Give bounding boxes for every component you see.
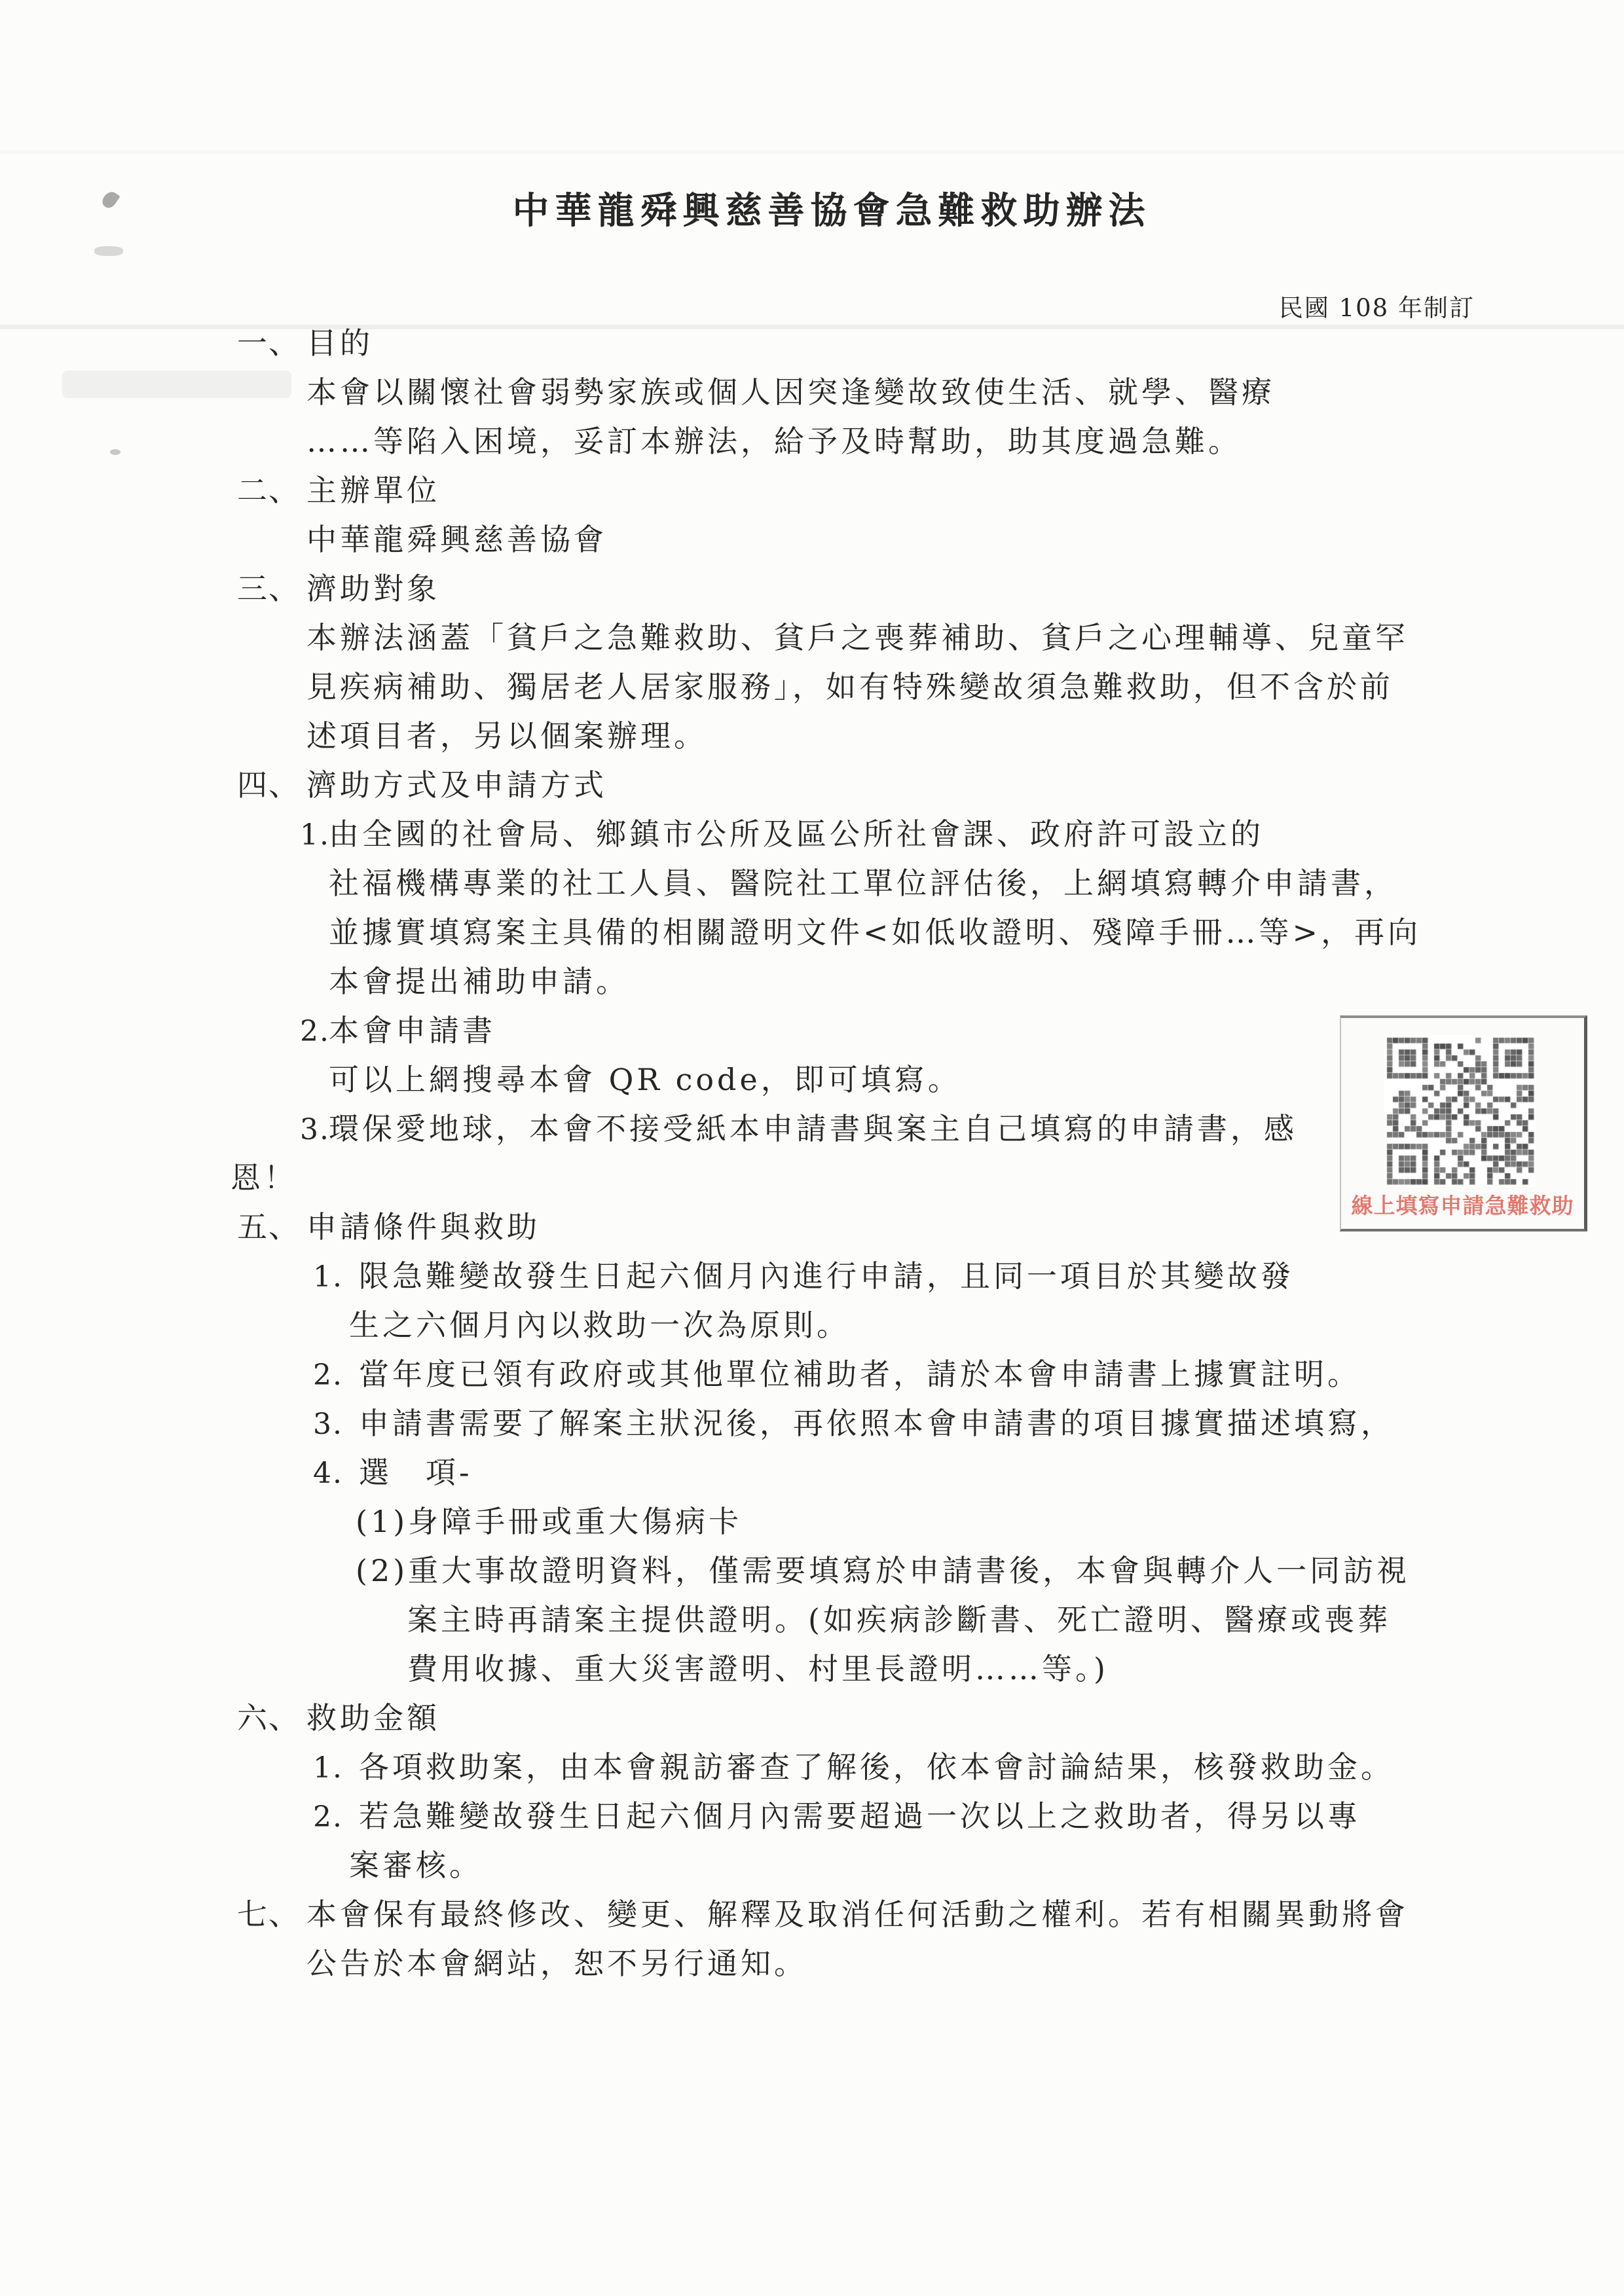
line-text: 社福機構專業的社工人員、醫院社工單位評估後，上網填寫轉介申請書， bbox=[329, 866, 1397, 901]
line-text: 救助金額 bbox=[306, 1700, 440, 1736]
doc-line: 4.選 項- bbox=[313, 1448, 1624, 1497]
line-marker: 一、 bbox=[237, 319, 306, 368]
doc-line: 2.若急難變故發生日起六個月內需要超過一次以上之救助者，得另以專 bbox=[313, 1792, 1624, 1841]
doc-line: 費用收據、重大災害證明、村里長證明……等。) bbox=[407, 1645, 1624, 1694]
line-marker: 七、 bbox=[237, 1890, 306, 1939]
enactment-date: 民國 108 年制訂 bbox=[1279, 288, 1475, 323]
smudge-mark bbox=[94, 246, 123, 256]
qr-sticker: 線上填寫申請急難救助 bbox=[1340, 1015, 1587, 1231]
line-text: 若急難變故發生日起六個月內需要超過一次以上之救助者，得另以專 bbox=[359, 1798, 1361, 1834]
doc-line: 七、本會保有最終修改、變更、解釋及取消任何活動之權利。若有相關異動將會 bbox=[237, 1890, 1624, 1939]
line-text: 公告於本會網站，恕不另行通知。 bbox=[306, 1946, 807, 1981]
line-text: 各項救助案，由本會親訪審查了解後，依本會討論結果，核發救助金。 bbox=[359, 1749, 1394, 1785]
line-text: 主辦單位 bbox=[306, 473, 440, 508]
document-page: 中華龍舜興慈善協會急難救助辦法 民國 108 年制訂 一、目的本會以關懷社會弱勢… bbox=[0, 0, 1624, 2296]
line-text: 見疾病補助、獨居老人居家服務」，如有特殊變故須急難救助，但不含於前 bbox=[306, 669, 1393, 704]
line-marker: 六、 bbox=[237, 1694, 306, 1743]
doc-line: ……等陷入困境，妥訂本辦法，給予及時幫助，助其度過急難。 bbox=[306, 417, 1624, 466]
line-text: 限急難變故發生日起六個月內進行申請，且同一項目於其變故發 bbox=[359, 1258, 1294, 1294]
line-text: 案主時再請案主提供證明。(如疾病診斷書、死亡證明、醫療或喪葬 bbox=[407, 1602, 1391, 1637]
doc-line: 見疾病補助、獨居老人居家服務」，如有特殊變故須急難救助，但不含於前 bbox=[306, 663, 1624, 712]
doc-line: 並據實填寫案主具備的相關證明文件<如低收證明、殘障手冊…等>，再向 bbox=[329, 908, 1624, 957]
line-text: 濟助對象 bbox=[306, 571, 440, 606]
line-text: 申請條件與救助 bbox=[306, 1209, 540, 1245]
line-text: 申請書需要了解案主狀況後，再依照本會申請書的項目據實描述填寫， bbox=[359, 1406, 1394, 1441]
doc-line: 社福機構專業的社工人員、醫院社工單位評估後，上網填寫轉介申請書， bbox=[329, 859, 1624, 908]
line-marker: 2. bbox=[313, 1793, 359, 1842]
doc-line: 3.申請書需要了解案主狀況後，再依照本會申請書的項目據實描述填寫， bbox=[313, 1399, 1624, 1448]
line-marker: 2. bbox=[300, 1007, 329, 1056]
line-text: 本會提出補助申請。 bbox=[329, 964, 629, 999]
doc-line: 三、濟助對象 bbox=[237, 564, 1624, 613]
line-marker: 1. bbox=[313, 1743, 359, 1793]
line-text: 選 項- bbox=[359, 1455, 473, 1490]
doc-line: 六、救助金額 bbox=[237, 1694, 1624, 1743]
line-text: 濟助方式及申請方式 bbox=[306, 767, 607, 803]
line-text: 目的 bbox=[306, 325, 373, 361]
line-marker: 2. bbox=[313, 1351, 359, 1400]
line-text: 本辦法涵蓋「貧戶之急難救助、貧戶之喪葬補助、貧戶之心理輔導、兒童罕 bbox=[306, 620, 1409, 655]
doc-line: 二、主辦單位 bbox=[237, 466, 1624, 515]
doc-line: 中華龍舜興慈善協會 bbox=[306, 515, 1624, 564]
doc-line: 案審核。 bbox=[349, 1841, 1624, 1890]
line-text: 案審核。 bbox=[349, 1848, 483, 1883]
line-marker: 3. bbox=[300, 1105, 329, 1154]
line-marker: 4. bbox=[313, 1449, 359, 1498]
line-text: ……等陷入困境，妥訂本辦法，給予及時幫助，助其度過急難。 bbox=[306, 424, 1242, 459]
line-marker: 五、 bbox=[237, 1203, 306, 1252]
doc-line: 1.各項救助案，由本會親訪審查了解後，依本會討論結果，核發救助金。 bbox=[313, 1743, 1624, 1792]
doc-line: (1)身障手冊或重大傷病卡 bbox=[356, 1497, 1624, 1546]
doc-line: 2.當年度已領有政府或其他單位補助者，請於本會申請書上據實註明。 bbox=[313, 1350, 1624, 1399]
line-text: 本會以關懷社會弱勢家族或個人因突逢變故致使生活、就學、醫療 bbox=[306, 374, 1275, 410]
line-text: 當年度已領有政府或其他單位補助者，請於本會申請書上據實註明。 bbox=[359, 1357, 1361, 1392]
doc-line: 一、目的 bbox=[237, 319, 1624, 368]
line-text: 費用收據、重大災害證明、村里長證明……等。) bbox=[407, 1651, 1109, 1686]
line-marker: 3. bbox=[313, 1400, 359, 1449]
line-marker: 三、 bbox=[237, 564, 306, 613]
line-text: 環保愛地球，本會不接受紙本申請書與案主自己填寫的申請書，感 bbox=[329, 1111, 1297, 1146]
doc-line: 本會以關懷社會弱勢家族或個人因突逢變故致使生活、就學、醫療 bbox=[306, 368, 1624, 417]
line-text: 由全國的社會局、鄉鎮市公所及區公所社會課、政府許可設立的 bbox=[329, 816, 1264, 852]
line-marker: 二、 bbox=[237, 466, 306, 515]
doc-line: 四、濟助方式及申請方式 bbox=[237, 761, 1624, 810]
line-text: 本會保有最終修改、變更、解釋及取消任何活動之權利。若有相關異動將會 bbox=[306, 1897, 1409, 1932]
qr-caption: 線上填寫申請急難救助 bbox=[1341, 1189, 1584, 1220]
line-text: (1)身障手冊或重大傷病卡 bbox=[356, 1504, 742, 1539]
doc-line: 本辦法涵蓋「貧戶之急難救助、貧戶之喪葬補助、貧戶之心理輔導、兒童罕 bbox=[306, 613, 1624, 663]
line-text: 生之六個月內以救助一次為原則。 bbox=[349, 1307, 850, 1343]
line-marker: 1. bbox=[313, 1252, 359, 1302]
doc-line: (2)重大事故證明資料，僅需要填寫於申請書後，本會與轉介人一同訪視 bbox=[356, 1546, 1624, 1595]
doc-line: 公告於本會網站，恕不另行通知。 bbox=[306, 1939, 1624, 1988]
doc-line: 述項目者，另以個案辦理。 bbox=[306, 712, 1624, 761]
doc-line: 本會提出補助申請。 bbox=[329, 957, 1624, 1006]
line-text: 中華龍舜興慈善協會 bbox=[306, 522, 607, 557]
line-text: 本會申請書 bbox=[329, 1013, 496, 1048]
line-text: (2)重大事故證明資料，僅需要填寫於申請書後，本會與轉介人一同訪視 bbox=[356, 1553, 1410, 1588]
scanner-streak bbox=[0, 151, 1624, 154]
line-marker: 四、 bbox=[237, 761, 306, 810]
line-text: 恩！ bbox=[231, 1160, 297, 1195]
doc-line: 生之六個月內以救助一次為原則。 bbox=[349, 1301, 1624, 1350]
line-text: 可以上網搜尋本會 QR code，即可填寫。 bbox=[329, 1062, 961, 1097]
document-title: 中華龍舜興慈善協會急難救助辦法 bbox=[0, 182, 1624, 234]
line-text: 述項目者，另以個案辦理。 bbox=[306, 718, 707, 754]
line-marker: 1. bbox=[300, 811, 329, 860]
doc-line: 1.限急難變故發生日起六個月內進行申請，且同一項目於其變故發 bbox=[313, 1252, 1624, 1301]
doc-line: 1.由全國的社會局、鄉鎮市公所及區公所社會課、政府許可設立的 bbox=[300, 810, 1624, 859]
qr-code bbox=[1384, 1035, 1536, 1187]
line-text: 並據實填寫案主具備的相關證明文件<如低收證明、殘障手冊…等>，再向 bbox=[329, 915, 1421, 950]
doc-line: 案主時再請案主提供證明。(如疾病診斷書、死亡證明、醫療或喪葬 bbox=[407, 1595, 1624, 1645]
